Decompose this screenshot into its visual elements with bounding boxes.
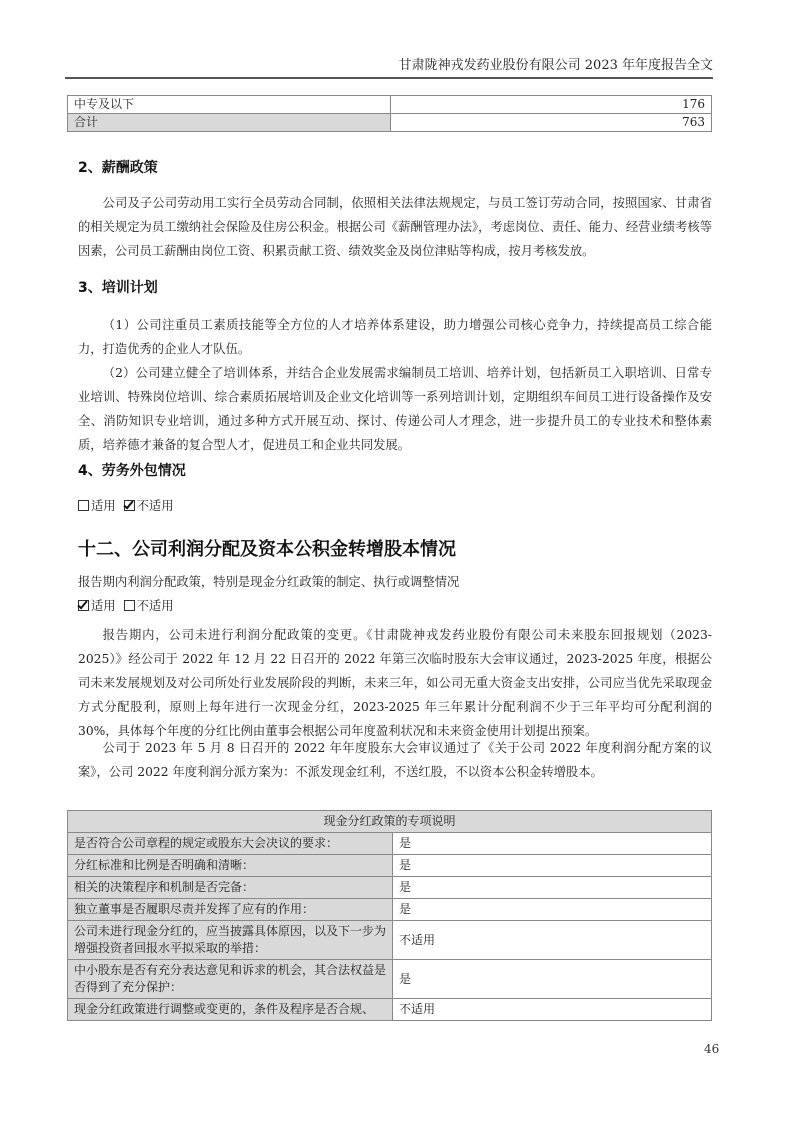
section-heading-training: 3、培训计划: [78, 277, 158, 297]
section-heading-profit: 十二、公司利润分配及资本公积金转增股本情况: [78, 535, 456, 561]
answer-cell: 是: [393, 960, 712, 999]
page-number: 46: [704, 1042, 719, 1056]
table-title: 现金分红政策的专项说明: [68, 811, 712, 833]
table-row-total: 合计 763: [68, 114, 712, 132]
answer-cell: 是: [393, 833, 712, 855]
option-label: 适用: [91, 499, 116, 513]
section-heading-salary: 2、薪酬政策: [78, 157, 158, 177]
section-heading-outsourcing: 4、劳务外包情况: [78, 460, 186, 480]
question-cell: 是否符合公司章程的规定或股东大会决议的要求：: [68, 833, 393, 855]
education-table: 中专及以下 176 合计 763: [67, 95, 712, 132]
row-label: 中专及以下: [68, 96, 391, 114]
question-cell: 公司未进行现金分红的，应当披露具体原因，以及下一步为增强投资者回报水平拟采取的举…: [68, 921, 393, 960]
profit-options: 适用不适用: [78, 596, 174, 616]
question-cell: 现金分红政策进行调整或变更的，条件及程序是否合规、: [68, 999, 393, 1021]
table-row: 现金分红政策进行调整或变更的，条件及程序是否合规、 不适用: [68, 999, 712, 1021]
checkbox-unchecked-icon: [124, 600, 135, 611]
option-label: 不适用: [137, 499, 174, 513]
table-row: 独立董事是否履职尽责并发挥了应有的作用： 是: [68, 899, 712, 921]
answer-cell: 不适用: [393, 921, 712, 960]
table-row: 分红标准和比例是否明确和清晰： 是: [68, 855, 712, 877]
row-label: 合计: [68, 114, 391, 132]
table-row: 中专及以下 176: [68, 96, 712, 114]
profit-paragraph-2: 公司于 2023 年 5 月 8 日召开的 2022 年年度股东大会审议通过了《…: [78, 736, 712, 784]
checkbox-checked-icon: [78, 600, 89, 611]
table-row: 相关的决策程序和机制是否完备： 是: [68, 877, 712, 899]
table-row: 公司未进行现金分红的，应当披露具体原因，以及下一步为增强投资者回报水平拟采取的举…: [68, 921, 712, 960]
question-cell: 中小股东是否有充分表达意见和诉求的机会，其合法权益是否得到了充分保护：: [68, 960, 393, 999]
table-row: 是否符合公司章程的规定或股东大会决议的要求： 是: [68, 833, 712, 855]
table-row: 中小股东是否有充分表达意见和诉求的机会，其合法权益是否得到了充分保护： 是: [68, 960, 712, 999]
training-paragraph-1: （1）公司注重员工素质技能等全方位的人才培养体系建设，助力增强公司核心竞争力，持…: [78, 313, 712, 361]
outsourcing-options: 适用不适用: [78, 496, 174, 516]
cash-dividend-policy-table: 现金分红政策的专项说明 是否符合公司章程的规定或股东大会决议的要求： 是 分红标…: [67, 810, 712, 1021]
option-label: 不适用: [137, 599, 174, 613]
question-cell: 分红标准和比例是否明确和清晰：: [68, 855, 393, 877]
answer-cell: 是: [393, 855, 712, 877]
checkbox-checked-icon: [124, 500, 135, 511]
question-cell: 独立董事是否履职尽责并发挥了应有的作用：: [68, 899, 393, 921]
row-value: 763: [391, 114, 712, 132]
profit-paragraph-1: 报告期内，公司未进行利润分配政策的变更。《甘肃陇神戎发药业股份有限公司未来股东回…: [78, 623, 712, 743]
checkbox-unchecked-icon: [78, 500, 89, 511]
answer-cell: 是: [393, 877, 712, 899]
question-cell: 相关的决策程序和机制是否完备：: [68, 877, 393, 899]
option-label: 适用: [91, 599, 116, 613]
answer-cell: 是: [393, 899, 712, 921]
report-header: 甘肃陇神戎发药业股份有限公司 2023 年年度报告全文: [65, 54, 713, 79]
answer-cell: 不适用: [393, 999, 712, 1021]
row-value: 176: [391, 96, 712, 114]
training-paragraph-2: （2）公司建立健全了培训体系，并结合企业发展需求编制员工培训、培养计划，包括新员…: [78, 361, 712, 457]
salary-paragraph: 公司及子公司劳动用工实行全员劳动合同制，依照相关法律法规规定，与员工签订劳动合同…: [78, 191, 712, 263]
profit-subtitle: 报告期内利润分配政策，特别是现金分红政策的制定、执行或调整情况: [78, 572, 459, 592]
